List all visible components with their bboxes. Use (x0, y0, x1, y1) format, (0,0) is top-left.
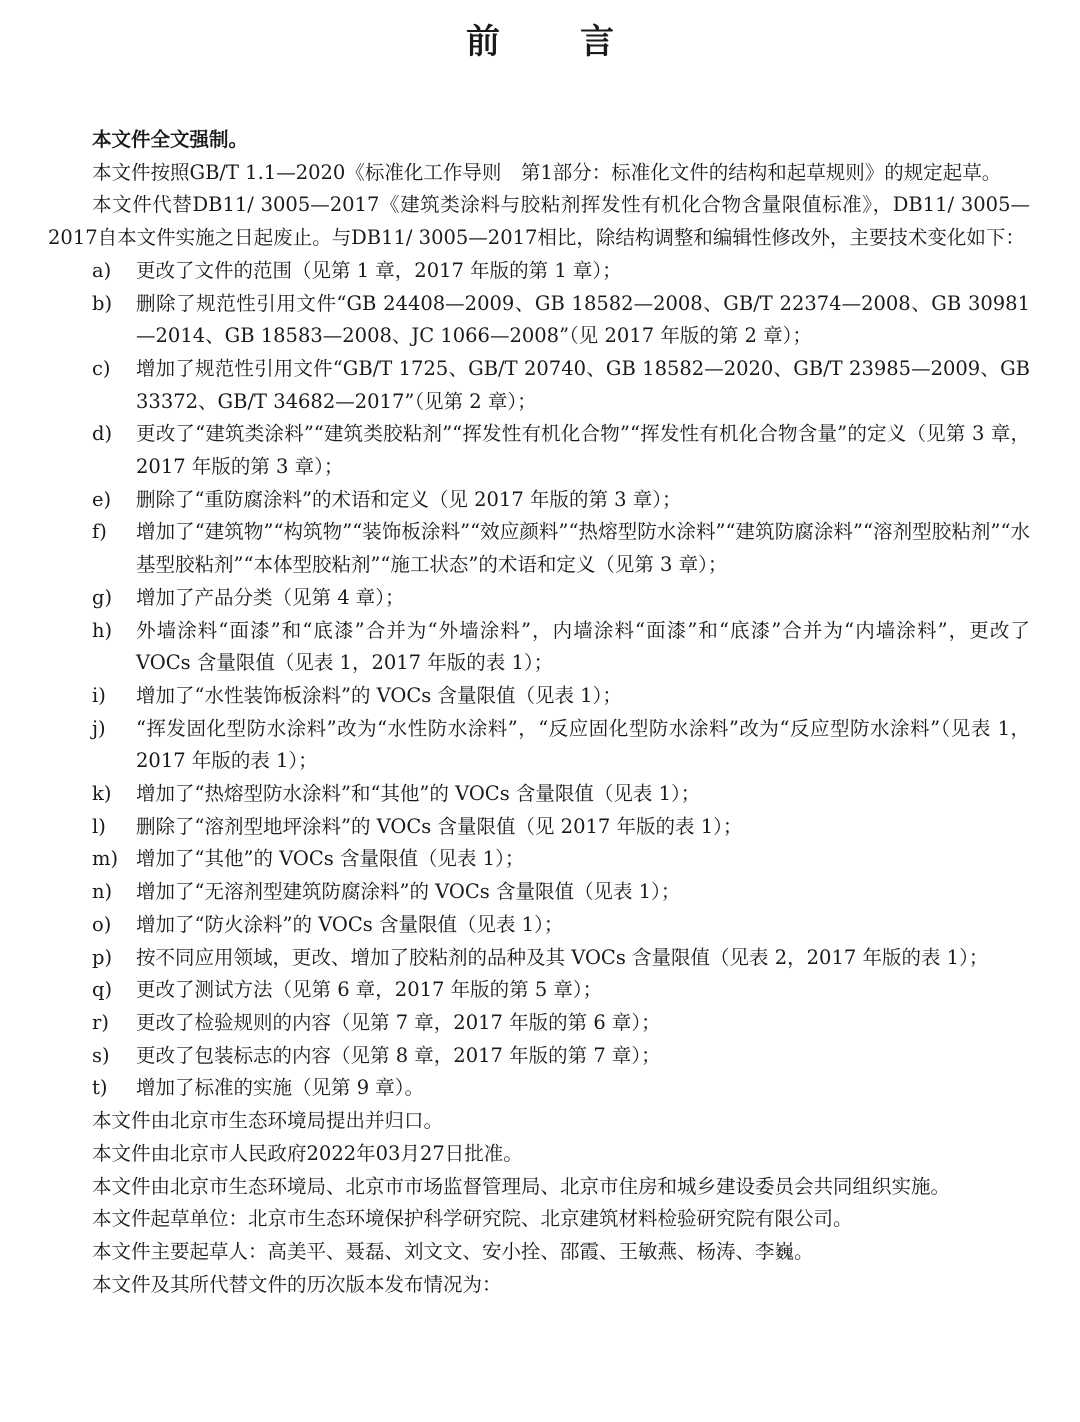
list-item: p)按不同应用领域，更改、增加了胶粘剂的品种及其 VOCs 含量限值（见表 2，… (48, 942, 1030, 975)
list-item-text: 更改了检验规则的内容（见第 7 章，2017 年版的第 6 章）； (136, 1011, 661, 1034)
list-item-text: 增加了“建筑物”“构筑物”“装饰板涂料”“效应颜料”“热熔型防水涂料”“建筑防腐… (136, 520, 1030, 576)
proposer-paragraph: 本文件由北京市生态环境局提出并归口。 (48, 1105, 1030, 1138)
page-title: 前言 (0, 18, 1080, 66)
list-item: b)删除了规范性引用文件“GB 24408—2009、GB 18582—2008… (48, 288, 1030, 353)
list-item: q)更改了测试方法（见第 6 章，2017 年版的第 5 章）； (48, 974, 1030, 1007)
list-item-label: k) (92, 778, 111, 811)
list-item: h)外墙涂料“面漆”和“底漆”合并为“外墙涂料”，内墙涂料“面漆”和“底漆”合并… (48, 615, 1030, 680)
list-item: k)增加了“热熔型防水涂料”和“其他”的 VOCs 含量限值（见表 1）； (48, 778, 1030, 811)
drafting-rules-paragraph: 本文件按照GB/T 1.1—2020《标准化工作导则 第1部分：标准化文件的结构… (48, 157, 1030, 190)
list-item-label: l) (92, 811, 106, 844)
drafters-paragraph: 本文件主要起草人：高美平、聂磊、刘文文、安小拴、邵霞、王敏燕、杨涛、李巍。 (48, 1236, 1030, 1269)
list-item-label: c) (92, 353, 111, 386)
list-item-text: 删除了“溶剂型地坪涂料”的 VOCs 含量限值（见 2017 年版的表 1）； (136, 815, 742, 838)
list-item: f)增加了“建筑物”“构筑物”“装饰板涂料”“效应颜料”“热熔型防水涂料”“建筑… (48, 516, 1030, 581)
drafting-units-paragraph: 本文件起草单位：北京市生态环境保护科学研究院、北京建筑材料检验研究院有限公司。 (48, 1203, 1030, 1236)
list-item-label: f) (92, 516, 107, 549)
list-item-label: a) (92, 255, 111, 288)
list-item-text: 按不同应用领域，更改、增加了胶粘剂的品种及其 VOCs 含量限值（见表 2，20… (136, 946, 988, 969)
document-body: 本文件全文强制。 本文件按照GB/T 1.1—2020《标准化工作导则 第1部分… (48, 124, 1030, 1301)
list-item: n)增加了“无溶剂型建筑防腐涂料”的 VOCs 含量限值（见表 1）； (48, 876, 1030, 909)
list-item: l)删除了“溶剂型地坪涂料”的 VOCs 含量限值（见 2017 年版的表 1）… (48, 811, 1030, 844)
list-item-text: 更改了包装标志的内容（见第 8 章，2017 年版的第 7 章）； (136, 1044, 661, 1067)
list-item-text: 外墙涂料“面漆”和“底漆”合并为“外墙涂料”，内墙涂料“面漆”和“底漆”合并为“… (136, 619, 1030, 675)
mandatory-statement: 本文件全文强制。 (48, 124, 1030, 157)
changes-list: a)更改了文件的范围（见第 1 章，2017 年版的第 1 章）； b)删除了规… (48, 255, 1030, 1105)
list-item-label: g) (92, 582, 112, 615)
list-item-text: 删除了“重防腐涂料”的术语和定义（见 2017 年版的第 3 章）； (136, 488, 682, 511)
list-item-text: 更改了文件的范围（见第 1 章，2017 年版的第 1 章）； (136, 259, 622, 282)
list-item-label: m) (92, 843, 118, 876)
list-item: m)增加了“其他”的 VOCs 含量限值（见表 1）； (48, 843, 1030, 876)
list-item: t)增加了标准的实施（见第 9 章）。 (48, 1072, 1030, 1105)
list-item: j)“挥发固化型防水涂料”改为“水性防水涂料”，“反应固化型防水涂料”改为“反应… (48, 713, 1030, 778)
list-item-label: r) (92, 1007, 109, 1040)
list-item-label: i) (92, 680, 106, 713)
list-item: g)增加了产品分类（见第 4 章）； (48, 582, 1030, 615)
implementation-paragraph: 本文件由北京市生态环境局、北京市市场监督管理局、北京市住房和城乡建设委员会共同组… (48, 1171, 1030, 1204)
list-item-text: 增加了“无溶剂型建筑防腐涂料”的 VOCs 含量限值（见表 1）； (136, 880, 680, 903)
list-item-label: t) (92, 1072, 107, 1105)
list-item-text: 增加了产品分类（见第 4 章）； (136, 586, 405, 609)
list-item: c)增加了规范性引用文件“GB/T 1725、GB/T 20740、GB 185… (48, 353, 1030, 418)
list-item-label: n) (92, 876, 112, 909)
list-item-label: h) (92, 615, 112, 648)
title-char-2: 言 (580, 22, 614, 62)
list-item-text: “挥发固化型防水涂料”改为“水性防水涂料”，“反应固化型防水涂料”改为“反应型防… (136, 717, 1030, 773)
list-item: i)增加了“水性装饰板涂料”的 VOCs 含量限值（见表 1）； (48, 680, 1030, 713)
list-item-label: p) (92, 942, 112, 975)
list-item: e)删除了“重防腐涂料”的术语和定义（见 2017 年版的第 3 章）； (48, 484, 1030, 517)
list-item-label: s) (92, 1040, 110, 1073)
list-item: d)更改了“建筑类涂料”“建筑类胶粘剂”“挥发性有机化合物”“挥发性有机化合物含… (48, 418, 1030, 483)
list-item-text: 增加了“水性装饰板涂料”的 VOCs 含量限值（见表 1）； (136, 684, 622, 707)
list-item-label: j) (92, 713, 106, 746)
list-item: s)更改了包装标志的内容（见第 8 章，2017 年版的第 7 章）； (48, 1040, 1030, 1073)
list-item-text: 增加了“热熔型防水涂料”和“其他”的 VOCs 含量限值（见表 1）； (136, 782, 700, 805)
list-item: r)更改了检验规则的内容（见第 7 章，2017 年版的第 6 章）； (48, 1007, 1030, 1040)
list-item: a)更改了文件的范围（见第 1 章，2017 年版的第 1 章）； (48, 255, 1030, 288)
list-item-text: 更改了“建筑类涂料”“建筑类胶粘剂”“挥发性有机化合物”“挥发性有机化合物含量”… (136, 422, 1030, 478)
list-item-text: 增加了“防火涂料”的 VOCs 含量限值（见表 1）； (136, 913, 563, 936)
list-item-label: d) (92, 418, 112, 451)
list-item-label: o) (92, 909, 111, 942)
title-char-1: 前 (466, 22, 500, 62)
version-history-paragraph: 本文件及其所代替文件的历次版本发布情况为： (48, 1269, 1030, 1302)
list-item-label: e) (92, 484, 111, 517)
list-item-text: 增加了标准的实施（见第 9 章）。 (136, 1076, 424, 1099)
list-item-label: b) (92, 288, 112, 321)
list-item-text: 增加了规范性引用文件“GB/T 1725、GB/T 20740、GB 18582… (136, 357, 1030, 413)
list-item-text: 增加了“其他”的 VOCs 含量限值（见表 1）； (136, 847, 524, 870)
replacement-paragraph: 本文件代替DB11/ 3005—2017《建筑类涂料与胶粘剂挥发性有机化合物含量… (48, 189, 1030, 254)
list-item-text: 更改了测试方法（见第 6 章，2017 年版的第 5 章）； (136, 978, 602, 1001)
approval-paragraph: 本文件由北京市人民政府2022年03月27日批准。 (48, 1138, 1030, 1171)
list-item-label: q) (92, 974, 112, 1007)
list-item-text: 删除了规范性引用文件“GB 24408—2009、GB 18582—2008、G… (136, 292, 1030, 348)
list-item: o)增加了“防火涂料”的 VOCs 含量限值（见表 1）； (48, 909, 1030, 942)
